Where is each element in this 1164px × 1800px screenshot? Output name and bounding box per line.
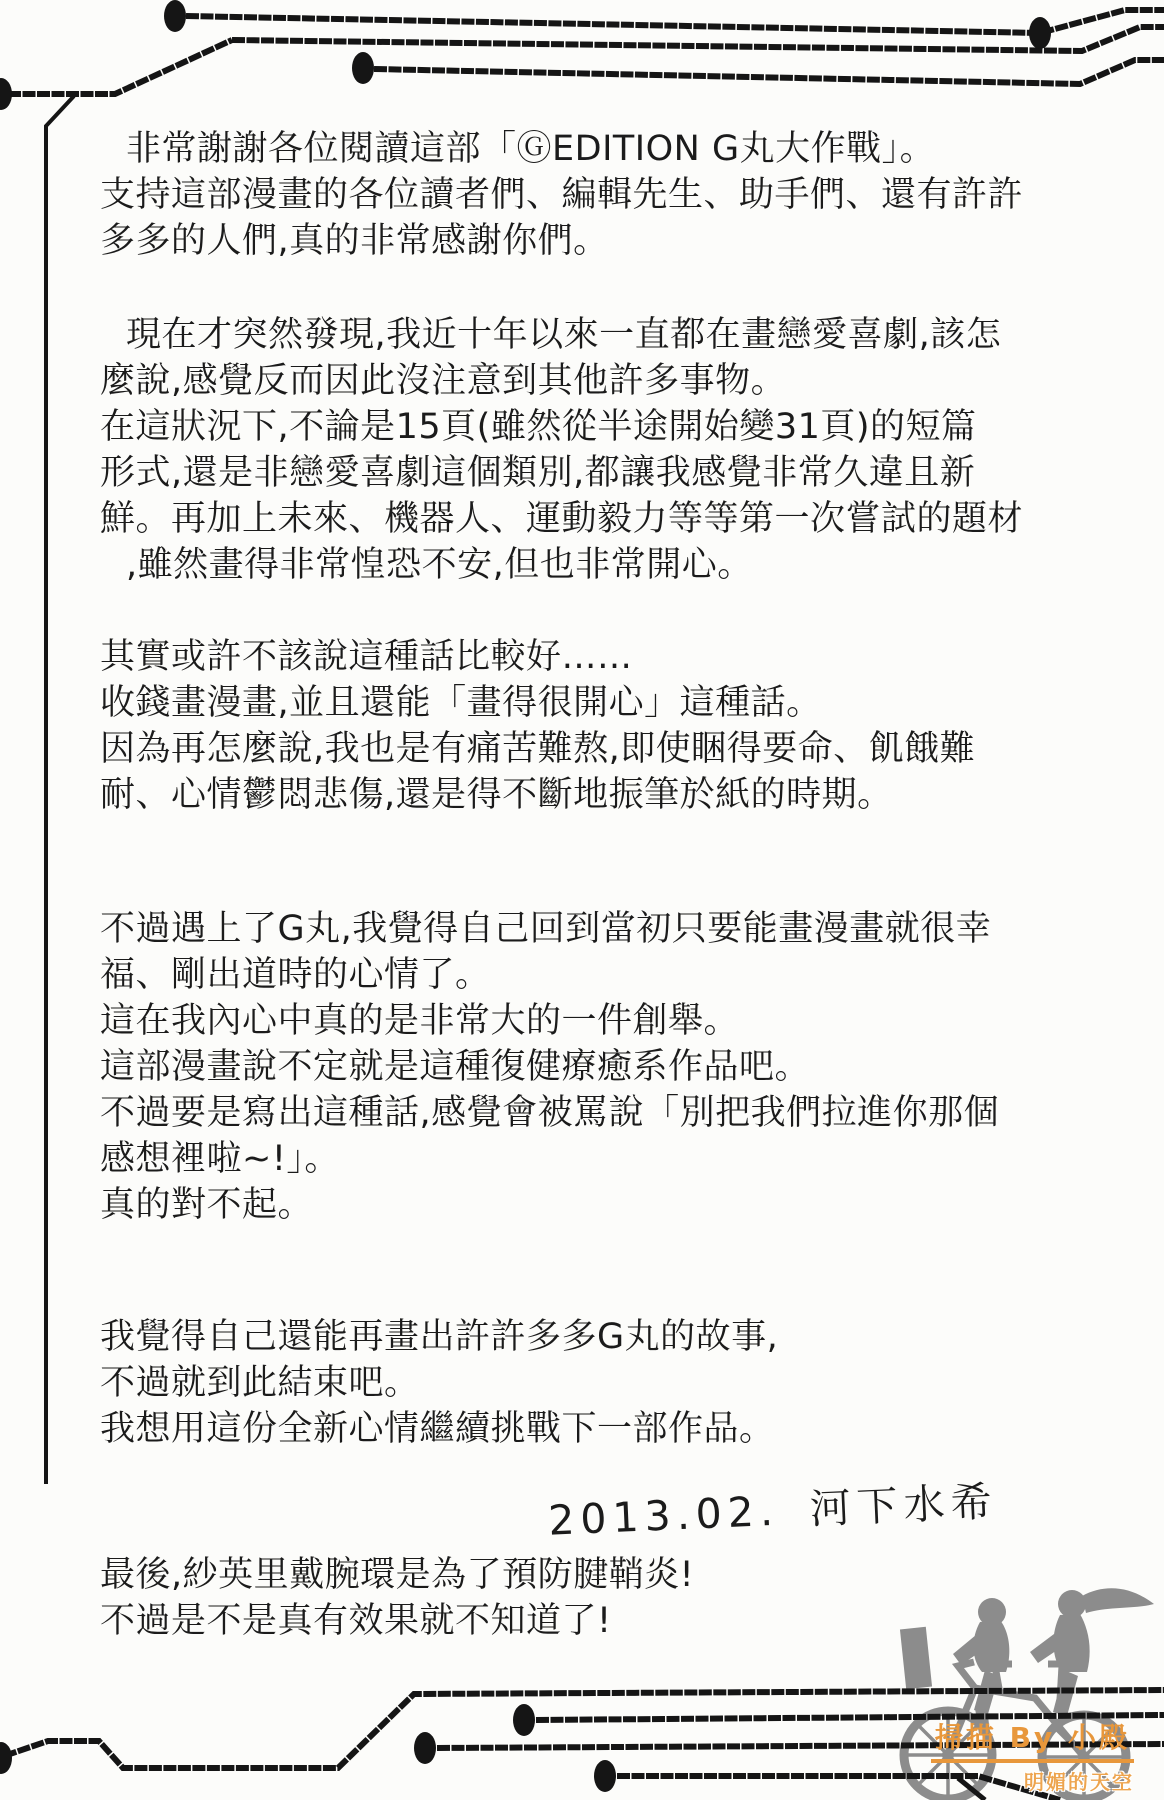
author-signature: 2013.02. 河下水希 bbox=[547, 1468, 999, 1547]
text-line: 真的對不起。 bbox=[100, 1182, 1100, 1228]
text-line: 在這狀況下,不論是15頁(雖然從半途開始變31頁)的短篇 bbox=[100, 404, 1100, 450]
paragraph-postscript: 最後,紗英里戴腕環是為了預防腱鞘炎!不過是不是真有效果就不知道了! bbox=[100, 1552, 1100, 1644]
paragraph-closing: 我覺得自己還能再畫出許許多多G丸的故事,不過就到此結束吧。我想用這份全新心情繼續… bbox=[100, 1314, 1100, 1452]
paragraph-realization: 現在才突然發現,我近十年以來一直都在畫戀愛喜劇,該怎麼說,感覺反而因此沒注意到其… bbox=[100, 312, 1100, 588]
watermark-group-name: 明媚的天空 bbox=[931, 1766, 1134, 1795]
text-line: 非常謝謝各位閱讀這部「ⒼEDITION G丸大作戰」。 bbox=[100, 126, 1100, 172]
text-line: 不過遇上了G丸,我覺得自己回到當初只要能畫漫畫就很幸 bbox=[100, 906, 1100, 952]
text-line: 這在我內心中真的是非常大的一件創舉。 bbox=[100, 998, 1100, 1044]
text-line: 這部漫畫說不定就是這種復健療癒系作品吧。 bbox=[100, 1044, 1100, 1090]
watermark-scanner-credit: 掃描 By 小殿 bbox=[931, 1716, 1134, 1763]
text-line: 不過要是寫出這種話,感覺會被罵說「別把我們拉進你那個 bbox=[100, 1090, 1100, 1136]
text-line: 多多的人們,真的非常感謝你們。 bbox=[100, 218, 1100, 264]
text-line: 其實或許不該說這種話比較好…… bbox=[100, 634, 1100, 680]
text-line: 不過就到此結束吧。 bbox=[100, 1360, 1100, 1406]
paragraph-honest-words: 其實或許不該說這種話比較好……收錢畫漫畫,並且還能「畫得很開心」這種話。因為再怎… bbox=[100, 634, 1100, 818]
manga-afterword-page: 非常謝謝各位閱讀這部「ⒼEDITION G丸大作戰」。支持這部漫畫的各位讀者們、… bbox=[0, 0, 1164, 1800]
text-line: 感想裡啦~!」。 bbox=[100, 1136, 1100, 1182]
text-line: 不過是不是真有效果就不知道了! bbox=[100, 1598, 1100, 1644]
text-line: 我想用這份全新心情繼續挑戰下一部作品。 bbox=[100, 1406, 1100, 1452]
text-line: 支持這部漫畫的各位讀者們、編輯先生、助手們、還有許許 bbox=[100, 172, 1100, 218]
text-line: 我覺得自己還能再畫出許許多多G丸的故事, bbox=[100, 1314, 1100, 1360]
text-line: 因為再怎麼說,我也是有痛苦難熬,即使睏得要命、飢餓難 bbox=[100, 726, 1100, 772]
text-line: 最後,紗英里戴腕環是為了預防腱鞘炎! bbox=[100, 1552, 1100, 1598]
paragraph-gmaru-feelings: 不過遇上了G丸,我覺得自己回到當初只要能畫漫畫就很幸福、剛出道時的心情了。這在我… bbox=[100, 906, 1100, 1228]
paragraph-thanks: 非常謝謝各位閱讀這部「ⒼEDITION G丸大作戰」。支持這部漫畫的各位讀者們、… bbox=[100, 126, 1100, 264]
text-line: 耐、心情鬱悶悲傷,還是得不斷地振筆於紙的時期。 bbox=[100, 772, 1100, 818]
scanner-watermark: 掃描 By 小殿 明媚的天空 bbox=[931, 1716, 1134, 1795]
text-line: 形式,還是非戀愛喜劇這個類別,都讓我感覺非常久違且新 bbox=[100, 450, 1100, 496]
text-line: ,雖然畫得非常惶恐不安,但也非常開心。 bbox=[100, 542, 1100, 588]
text-line: 收錢畫漫畫,並且還能「畫得很開心」這種話。 bbox=[100, 680, 1100, 726]
text-line: 現在才突然發現,我近十年以來一直都在畫戀愛喜劇,該怎 bbox=[100, 312, 1100, 358]
text-line: 麼說,感覺反而因此沒注意到其他許多事物。 bbox=[100, 358, 1100, 404]
text-line: 福、剛出道時的心情了。 bbox=[100, 952, 1100, 998]
text-line: 鮮。再加上未來、機器人、運動毅力等等第一次嘗試的題材 bbox=[100, 496, 1100, 542]
